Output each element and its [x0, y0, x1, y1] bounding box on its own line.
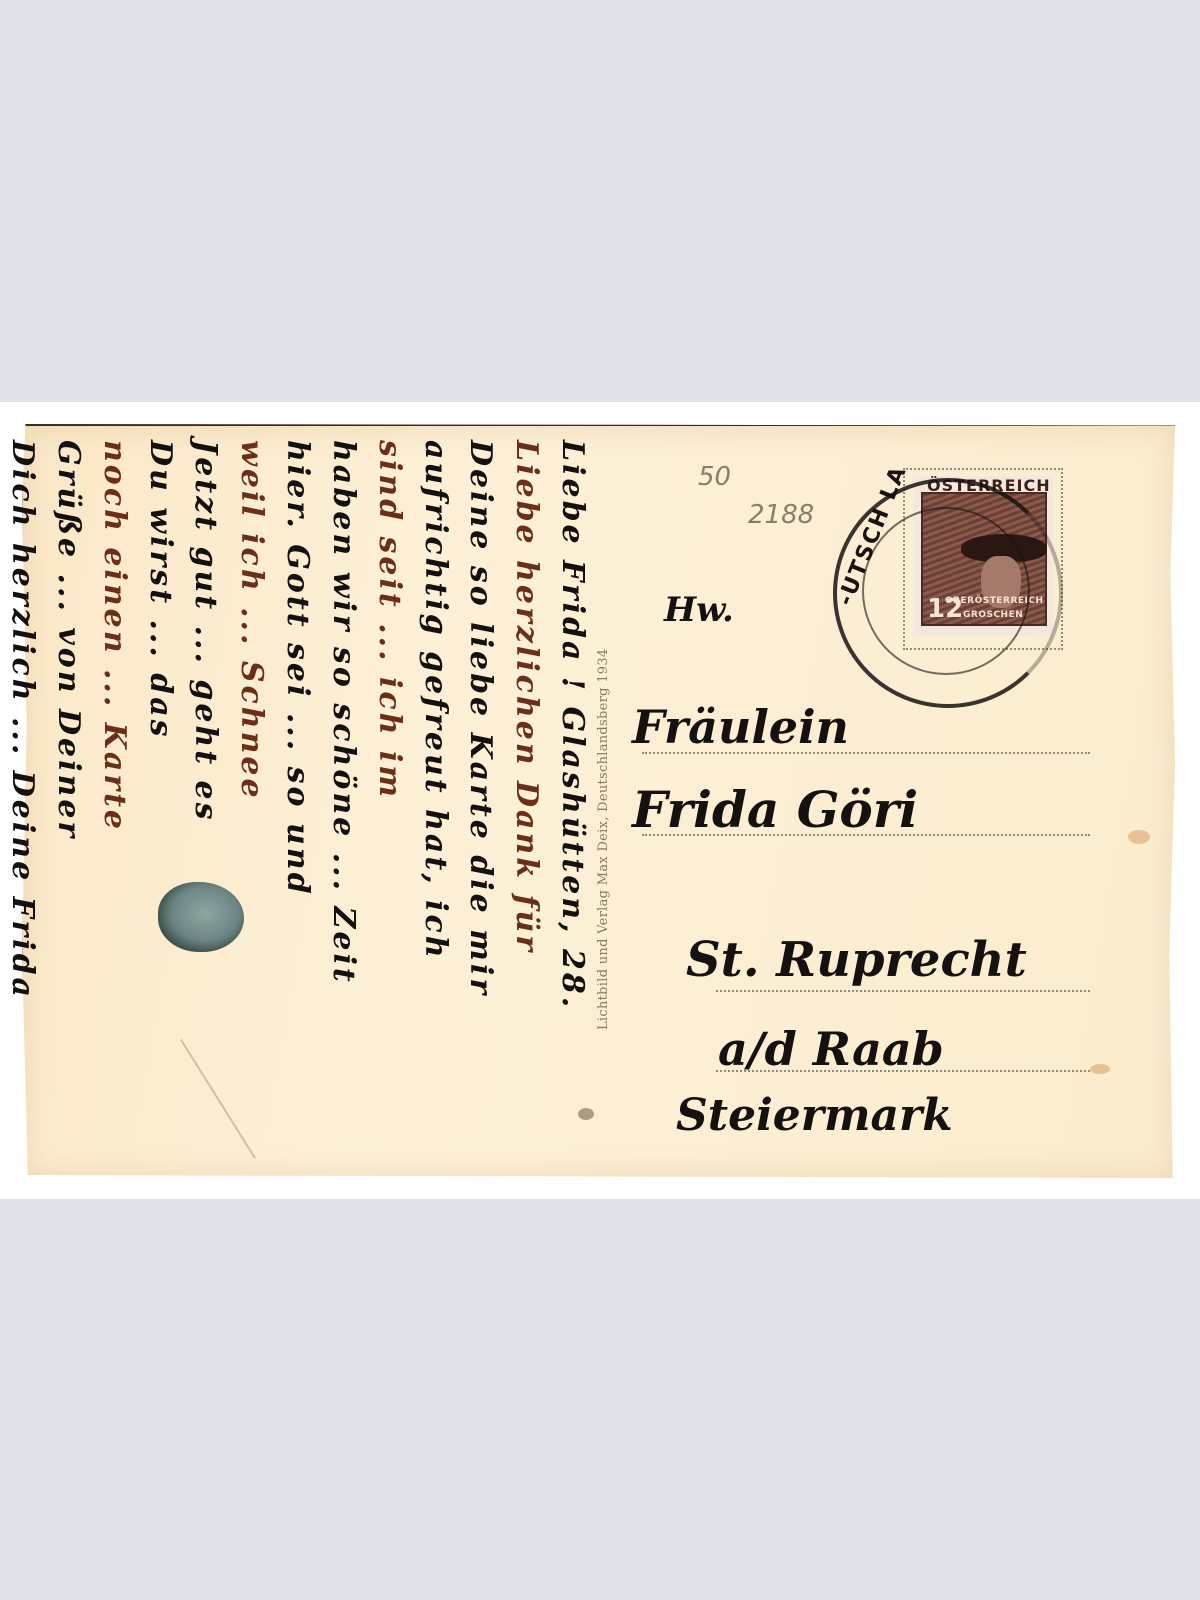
message-line: Liebe Frida ! Glashütten, 28.	[555, 440, 590, 1010]
message-line: Du wirst ... das	[143, 440, 178, 740]
message-line: haben wir so schöne ... Zeit	[326, 440, 361, 985]
address-line-5: Steiermark	[676, 1090, 953, 1141]
address-salutation: Hw.	[664, 590, 734, 630]
address-line-2: Frida Göri	[632, 780, 918, 839]
publisher-imprint: Lichtbild und Verlag Max Deix, Deutschla…	[596, 560, 612, 1030]
pencil-note: 50	[698, 462, 731, 492]
message-line: Liebe herzlichen Dank für	[509, 440, 544, 954]
address-line-rule	[716, 1070, 1090, 1072]
address-line-1: Fräulein	[632, 700, 849, 754]
message-line: hier. Gott sei ... so und	[280, 440, 315, 897]
message-line: Deine so liebe Karte die mir	[463, 440, 498, 997]
message-line: aufrichtig gefreut hat, ich	[418, 440, 453, 961]
stain	[1128, 830, 1150, 844]
address-line-4: a/d Raab	[718, 1022, 944, 1076]
ink-blot	[158, 882, 244, 952]
pencil-note: 2188	[748, 500, 814, 530]
stain	[1090, 1064, 1110, 1074]
message-line: Jetzt gut ... geht es	[188, 440, 223, 823]
address-line-rule	[642, 834, 1090, 836]
message-line: weil ich ... Schnee	[234, 440, 269, 801]
message-line: Dich herzlich ... Deine Frida	[5, 440, 40, 1000]
address-line-rule	[716, 990, 1090, 992]
message-line: noch einen ... Karte	[97, 440, 132, 832]
address-line-rule	[642, 752, 1090, 754]
postmark: -UTSCH LA	[833, 478, 1063, 708]
address-line-3: St. Ruprecht	[686, 932, 1027, 988]
stain	[578, 1108, 594, 1120]
message-line: sind seit ... ich im	[372, 440, 407, 800]
message-line: Grüße ... von Deiner	[51, 440, 86, 840]
